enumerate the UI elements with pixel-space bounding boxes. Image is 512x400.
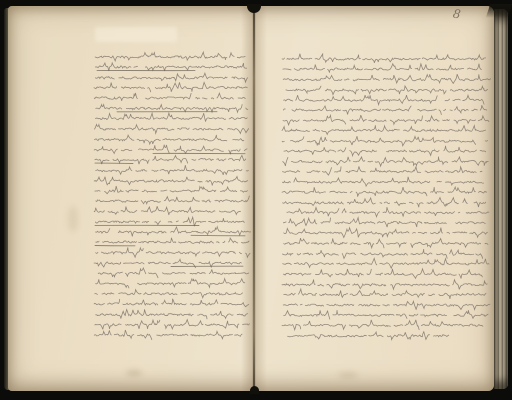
left-page bbox=[8, 6, 253, 391]
right-page: 8 bbox=[253, 6, 494, 391]
open-book-spread: 8 bbox=[8, 6, 494, 391]
right-page-handwriting bbox=[253, 6, 494, 391]
folio-page-number: 8 bbox=[452, 6, 462, 21]
manuscript-photo: 8 bbox=[0, 0, 512, 400]
fore-edge-top-shadow bbox=[486, 4, 512, 18]
fore-edge-page-stack bbox=[494, 9, 508, 389]
gutter-notch-bottom bbox=[250, 386, 259, 394]
left-page-handwriting bbox=[8, 6, 253, 391]
